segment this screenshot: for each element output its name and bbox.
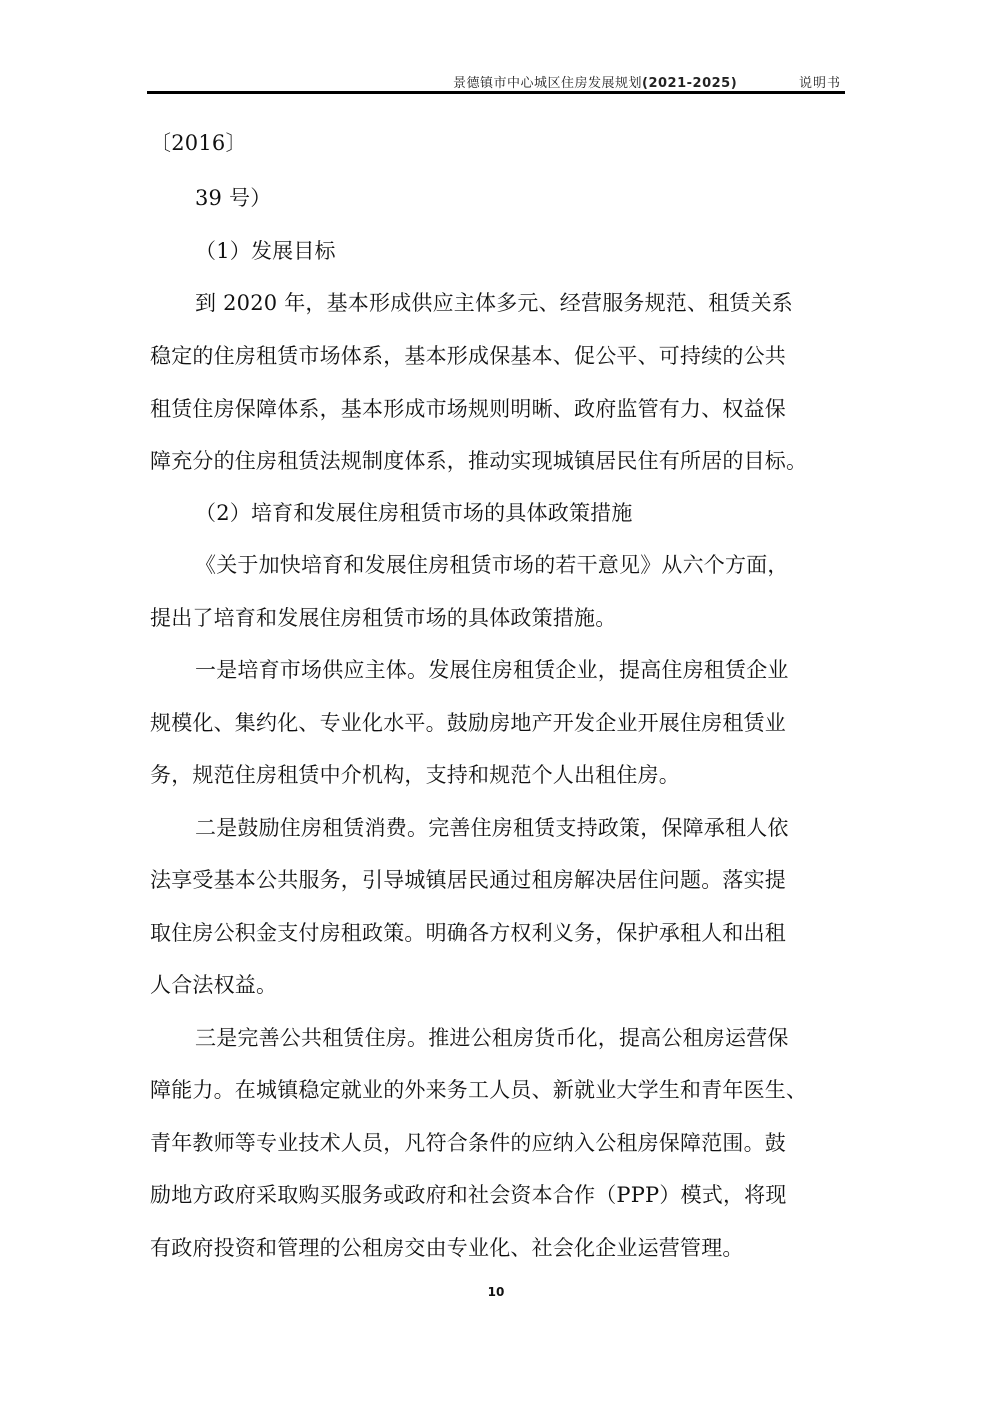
paragraph-line: 有政府投资和管理的公租房交由专业化、社会化企业运营管理。: [150, 1233, 744, 1263]
paragraph-line: 青年教师等专业技术人员，凡符合条件的应纳入公租房保障范围。鼓: [150, 1128, 786, 1158]
paragraph-line: 障充分的住房租赁法规制度体系，推动实现城镇居民住有所居的目标。: [150, 446, 807, 476]
paragraph-line: 一是培育市场供应主体。发展住房租赁企业，提高住房租赁企业: [195, 655, 789, 685]
paragraph-line: 到 2020 年，基本形成供应主体多元、经营服务规范、租赁关系: [195, 288, 793, 318]
paragraph-line: 稳定的住房租赁市场体系，基本形成保基本、促公平、可持续的公共: [150, 341, 786, 371]
paragraph-line: 规模化、集约化、专业化水平。鼓励房地产开发企业开展住房租赁业: [150, 708, 786, 738]
page-number: 10: [0, 1285, 992, 1299]
paragraph-line: 39 号）: [195, 183, 271, 213]
page-header: 景德镇市中心城区住房发展规划(2021-2025) 说明书: [147, 70, 845, 92]
paragraph-line: 提出了培育和发展住房租赁市场的具体政策措施。: [150, 603, 616, 633]
paragraph-line: （2）培育和发展住房租赁市场的具体政策措施: [195, 498, 633, 528]
paragraph-line: 取住房公积金支付房租政策。明确各方权利义务，保护承租人和出租: [150, 918, 786, 948]
paragraph-line: 励地方政府采取购买服务或政府和社会资本合作（PPP）模式，将现: [150, 1180, 787, 1210]
paragraph-line: 〔2016〕: [150, 128, 247, 158]
paragraph-line: 人合法权益。: [150, 970, 277, 1000]
paragraph-line: （1）发展目标: [195, 236, 336, 266]
paragraph-line: 务，规范住房租赁中介机构，支持和规范个人出租住房。: [150, 760, 680, 790]
paragraph-line: 租赁住房保障体系，基本形成市场规则明晰、政府监管有力、权益保: [150, 394, 786, 424]
paragraph-line: 三是完善公共租赁住房。推进公租房货币化，提高公租房运营保: [195, 1023, 789, 1053]
header-title: 景德镇市中心城区住房发展规划(2021-2025): [453, 72, 737, 91]
header-title-main: 景德镇市中心城区住房发展规划: [453, 76, 642, 91]
header-section-label: 说明书: [799, 72, 841, 91]
header-title-years: (2021-2025): [642, 76, 737, 91]
paragraph-line: 《关于加快培育和发展住房租赁市场的若干意见》从六个方面，: [195, 550, 789, 580]
paragraph-line: 障能力。在城镇稳定就业的外来务工人员、新就业大学生和青年医生、: [150, 1075, 807, 1105]
paragraph-line: 法享受基本公共服务，引导城镇居民通过租房解决居住问题。落实提: [150, 865, 786, 895]
paragraph-line: 二是鼓励住房租赁消费。完善住房租赁支持政策，保障承租人依: [195, 813, 789, 843]
header-divider: [147, 91, 845, 94]
